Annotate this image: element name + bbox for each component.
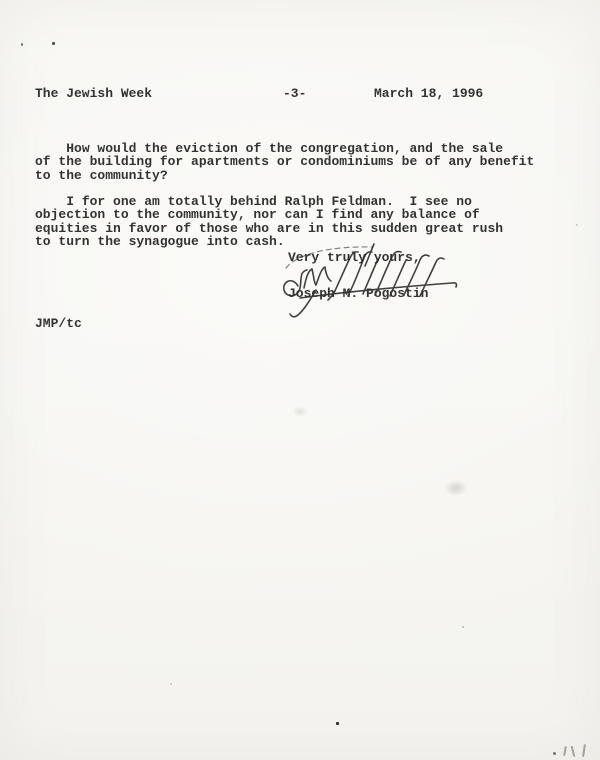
body-paragraph-2: I for one am totally behind Ralph Feldma… [35,195,565,249]
scan-speck [336,722,339,725]
header-page-number: -3- [283,86,306,101]
pencil-stroke [582,744,585,757]
valediction: Very truly yours, [288,250,421,265]
scan-smudge [292,406,308,417]
signatory-typed-name: Joseph M. Pogostin [288,286,428,301]
scan-speck [576,224,578,226]
pencil-stroke [563,746,566,756]
pencil-dot [553,752,556,755]
scan-smudge [444,480,468,496]
scan-speck [170,683,172,685]
letter-page: The Jewish Week -3- March 18, 1996 How w… [0,0,600,760]
scan-speck [462,626,464,628]
scan-speck [52,42,55,45]
scan-speck [21,43,23,46]
body-paragraph-1: How would the eviction of the congregati… [35,142,565,182]
header-publication: The Jewish Week [35,86,152,101]
pencil-stroke [571,746,575,757]
header-date: March 18, 1996 [374,86,483,101]
reference-initials: JMP/tc [35,316,82,331]
